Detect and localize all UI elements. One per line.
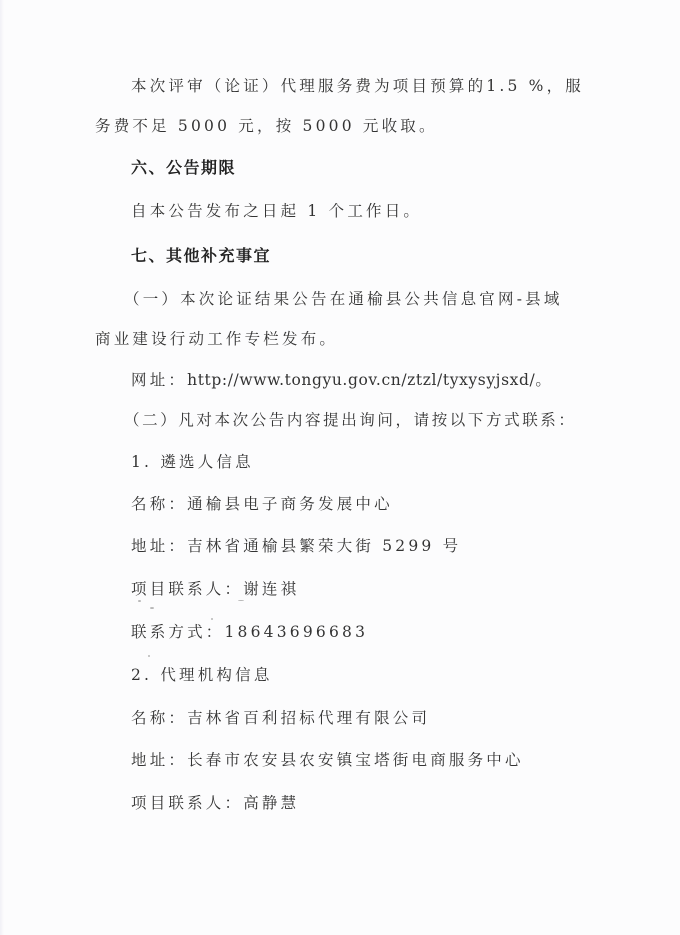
website-link[interactable]: http://www.tongyu.gov.cn/ztzl/tyxysyjsxd… [187, 371, 535, 389]
scan-speck [238, 600, 244, 601]
section-7-heading: 七、其他补充事宜 [131, 241, 601, 271]
scan-speck [150, 607, 154, 609]
selector-contact-person: 项目联系人：谢连祺 [131, 574, 601, 604]
agency-address: 地址：长春市农安县农安镇宝塔街电商服务中心 [131, 745, 601, 775]
agency-name: 名称：吉林省百利招标代理有限公司 [131, 703, 601, 733]
website-label: 网址： [131, 371, 187, 389]
selector-name: 名称：通榆县电子商务发展中心 [131, 489, 601, 519]
scan-speck [138, 600, 141, 602]
scan-speck [211, 618, 213, 620]
website-line: 网址：http://www.tongyu.gov.cn/ztzl/tyxysyj… [131, 365, 601, 395]
fee-paragraph-line-2: 务费不足 5000 元，按 5000 元收取。 [95, 111, 565, 141]
scan-edge-shadow [0, 0, 4, 935]
section-6-body: 自本公告发布之日起 1 个工作日。 [131, 196, 601, 226]
website-period: 。 [535, 371, 554, 389]
scan-speck [148, 655, 150, 657]
selector-info-heading: 1. 遴选人信息 [131, 447, 601, 477]
document-page: 本次评审（论证）代理服务费为项目预算的1.5 %，服 务费不足 5000 元，按… [0, 0, 680, 935]
selector-address: 地址：吉林省通榆县繁荣大街 5299 号 [131, 531, 601, 561]
section-6-heading: 六、公告期限 [131, 153, 601, 183]
selector-phone: 联系方式：18643696683 [131, 617, 601, 647]
item-1-line-2: 商业建设行动工作专栏发布。 [95, 324, 565, 354]
item-1-line-1: （一）本次论证结果公告在通榆县公共信息官网-县域 [124, 284, 594, 314]
agency-contact-person: 项目联系人：高静慧 [131, 788, 601, 818]
agency-info-heading: 2. 代理机构信息 [131, 660, 601, 690]
item-2-line: （二）凡对本次公告内容提出询问，请按以下方式联系： [124, 405, 594, 435]
fee-paragraph-line-1: 本次评审（论证）代理服务费为项目预算的1.5 %，服 [131, 71, 601, 101]
